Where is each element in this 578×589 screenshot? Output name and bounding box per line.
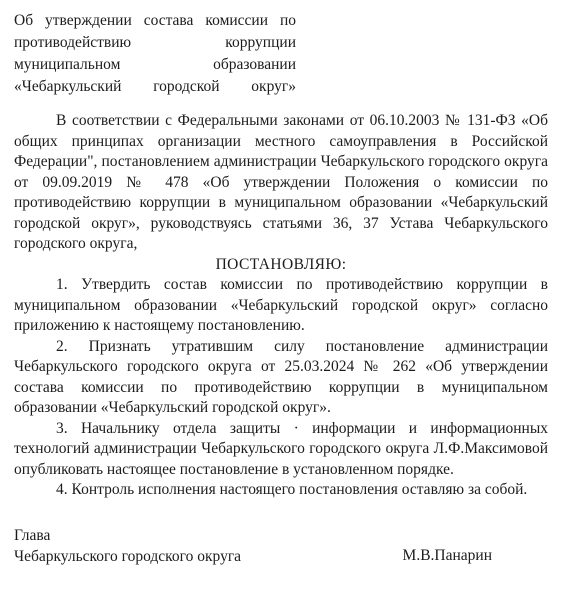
signer-position-line-1: Глава (14, 525, 241, 546)
resolution-item-3: 3. Начальнику отдела защиты · информации… (14, 419, 548, 481)
title-line: Об утверждении состава комиссии по (14, 10, 296, 32)
signature-block: Глава Чебаркульского городского округа М… (14, 525, 548, 567)
resolution-item-4: 4. Контроль исполнения настоящего постан… (14, 480, 548, 501)
resolution-item-1: 1. Утвердить состав комиссии по противод… (14, 275, 548, 337)
title-line: муниципальном образовании (14, 54, 296, 76)
signer-position: Глава Чебаркульского городского округа (14, 525, 241, 567)
preamble-paragraph: В соответствии с Федеральными законами о… (14, 111, 548, 255)
title-line: «Чебаркульский городской округ» (14, 76, 296, 98)
document-content: Об утверждении состава комиссии по проти… (0, 0, 578, 567)
document-page: Об утверждении состава комиссии по проти… (0, 0, 578, 589)
title-line: противодействию коррупции (14, 32, 296, 54)
signer-position-line-2: Чебаркульского городского округа (14, 546, 241, 567)
document-title: Об утверждении состава комиссии по проти… (14, 10, 296, 98)
resolution-item-2: 2. Признать утратившим силу постановлени… (14, 337, 548, 419)
signer-name: М.В.Панарин (403, 546, 492, 567)
resolution-heading: ПОСТАНОВЛЯЮ: (14, 255, 548, 276)
